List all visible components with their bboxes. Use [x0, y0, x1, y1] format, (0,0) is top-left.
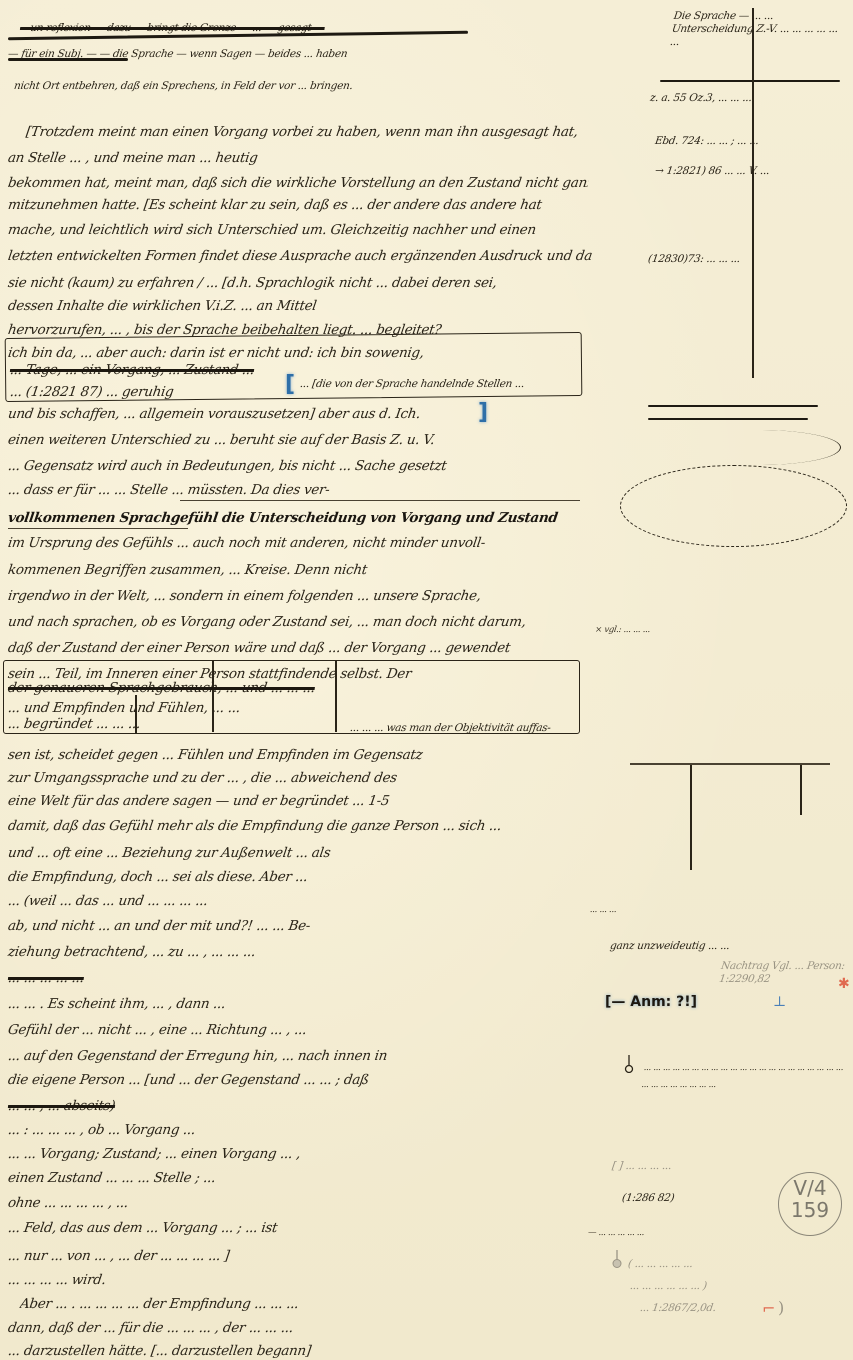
main-line: an Stelle ... , und meine man ... heutig: [7, 150, 589, 166]
main-line: ... Feld, das aus dem ... Vorgang ... ; …: [7, 1220, 594, 1236]
archive-stamp: V/4 159: [778, 1172, 842, 1236]
main-line: vollkommenen Sprachgefühl die Unterschei…: [7, 510, 594, 526]
main-line: ohne ... ... ... ... , ...: [7, 1195, 594, 1211]
main-line: ... ... ... ... wird.: [7, 1272, 409, 1288]
main-line: daß der Zustand der einer Person wäre un…: [7, 640, 594, 656]
main-line: einen Zustand ... ... ... Stelle ; ...: [7, 1170, 594, 1186]
main-line: letzten entwickelten Formen findet diese…: [7, 248, 594, 264]
red-bracket-icon: ⌐: [762, 1299, 775, 1318]
blue-bracket-open: [: [285, 372, 295, 397]
main-line: und ... oft eine ... Beziehung zur Außen…: [7, 845, 594, 861]
main-line: sie nicht (kaum) zu erfahren / ... [d.h.…: [7, 275, 594, 291]
margin-ref: (1:286 82): [621, 1192, 723, 1205]
main-line: ... nur ... von ... , ... der ... ... ..…: [7, 1248, 594, 1264]
main-line: ... Gegensatz wird auch in Bedeutungen, …: [7, 458, 594, 474]
archive-stamp-volume: V/4: [779, 1177, 841, 1199]
strikethrough-line: [8, 58, 128, 61]
margin-note: — ... ... ... ... ...: [587, 1228, 788, 1238]
main-line: zur Umgangssprache und zu der ... , die …: [7, 770, 594, 786]
main-line: ... ... ... was man der Objektivität auf…: [349, 722, 591, 735]
main-line: ... : ... ... ... , ob ... Vorgang ...: [7, 1122, 594, 1138]
main-line: und nach sprachen, ob es Vorgang oder Zu…: [7, 614, 594, 630]
pencil-note: ( ... ... ... ... ...: [627, 1258, 844, 1271]
pencil-paren: ): [778, 1298, 784, 1317]
margin-strike: [648, 418, 808, 420]
main-line: nicht Ort entbehren, daß ein Sprechens, …: [13, 80, 355, 93]
main-line: ... ... , ... abseits): [7, 1098, 594, 1114]
main-line: —un reflexion — dazu — bringt die Grenze…: [19, 22, 471, 35]
archive-stamp-page: 159: [779, 1199, 841, 1221]
blue-dagger-icon: ⊥: [773, 994, 786, 1010]
main-line: irgendwo in der Welt, ... sondern in ein…: [7, 588, 594, 604]
pin-mark-icon: [624, 1055, 634, 1073]
margin-ref: z. a. 55 Oz.3, ... ... ...: [649, 92, 851, 105]
pencil-note: [ ] ... ... ... ...: [611, 1160, 813, 1173]
main-line: kommenen Begriffen zusammen, ... Kreise.…: [7, 562, 594, 578]
main-line: ziehung betrachtend, ... zu ... , ... ..…: [7, 944, 594, 960]
main-line: mitzunehmen hatte. [Es scheint klar zu s…: [7, 197, 589, 213]
main-line: bekommen hat, meint man, daß sich die wi…: [7, 175, 589, 191]
margin-note: ... ... ...: [589, 905, 840, 915]
manuscript-page: —un reflexion — dazu — bringt die Grenze…: [0, 0, 853, 1360]
main-line: ... dass er für ... ... Stelle ... müsst…: [7, 482, 594, 498]
main-line: sen ist, scheidet gegen ... Fühlen und E…: [7, 747, 594, 763]
main-line: dann, daß der ... für die ... ... ... , …: [7, 1320, 429, 1336]
main-line: damit, daß das Gefühl mehr als die Empfi…: [7, 818, 594, 834]
blue-annotation: [— Anm: ?!]: [605, 994, 697, 1010]
main-line: [Trotzdem meint man einen Vorgang vorbei…: [25, 124, 597, 140]
main-line: ... (weil ... das ... und ... ... ... ..…: [7, 893, 594, 909]
main-line: Gefühl der ... nicht ... , eine ... Rich…: [7, 1022, 594, 1038]
main-line: eine Welt für das andere sagen — und er …: [7, 793, 594, 809]
main-line: ... [die von der Sprache handelnde Stell…: [299, 378, 581, 391]
margin-ref: Ebd. 724: ... ... ; ... ...: [654, 135, 851, 148]
main-line: ... auf den Gegenstand der Erregung hin,…: [7, 1048, 594, 1064]
margin-vertical-line: [690, 765, 692, 870]
main-line: dessen Inhalte die wirklichen V.i.Z. ...…: [7, 298, 594, 314]
margin-ref: (12830)73: ... ... ...: [647, 253, 849, 266]
main-line: und bis schaffen, ... allgemein vorauszu…: [7, 406, 594, 422]
underline: [180, 500, 580, 501]
main-line: die eigene Person ... [und ... der Gegen…: [7, 1072, 594, 1088]
main-line: ... darzustellen hätte. [... darzustelle…: [7, 1343, 329, 1359]
main-line: einen weiteren Unterschied zu ... beruht…: [7, 432, 594, 448]
main-line: die Empfindung, doch ... sei als diese. …: [7, 869, 594, 885]
main-line: ab, und nicht ... an und der mit und?! .…: [7, 918, 594, 934]
curved-line: [680, 430, 841, 465]
margin-strike: [648, 405, 818, 407]
margin-vertical-line: [800, 765, 802, 815]
dashed-oval: [620, 465, 847, 547]
main-line: ... (1:2821 87) ... geruhig: [9, 384, 291, 400]
margin-vertical-line: [752, 8, 754, 378]
margin-rule: [660, 80, 840, 82]
box-divider: [335, 660, 337, 732]
main-line: der genaueren Sprachgebrauch, ... und ..…: [7, 680, 569, 696]
main-line: ... ... Vorgang; Zustand; ... einen Vorg…: [7, 1146, 594, 1162]
main-line: Aber ... . ... ... ... ... der Empfindun…: [19, 1296, 441, 1312]
underline: [8, 528, 188, 529]
margin-insert-phrase: ganz unzweideutig ... ...: [609, 940, 841, 953]
red-asterisk-icon: ✱: [838, 976, 850, 992]
main-line: ... begründet ... ... ...: [7, 716, 329, 732]
margin-note-top: Die Sprache — ... ... Unterscheidung Z.-…: [665, 10, 849, 75]
pencil-ref: ... 1:2867/2,0d.: [639, 1302, 781, 1315]
main-line: ... und Empfinden und Fühlen, ... ...: [7, 700, 569, 716]
main-line: ... ... . Es scheint ihm, ... , dann ...: [7, 996, 594, 1012]
margin-ref: → 1:2821) 86 ... ... V. ...: [654, 165, 851, 178]
pencil-note: ... ... ... ... ... ... ): [629, 1280, 846, 1293]
main-line: im Ursprung des Gefühls ... auch noch mi…: [7, 535, 594, 551]
main-line: mache, und leichtlich wird sich Untersch…: [7, 222, 589, 238]
main-line: ... ... ... ... ...: [7, 970, 594, 986]
margin-note: ... ... ... ... ... ... ... ... ... ... …: [631, 1060, 850, 1160]
margin-insert: × vgl.: ... ... ...: [594, 625, 705, 635]
pencil-pin-icon: [612, 1250, 622, 1268]
